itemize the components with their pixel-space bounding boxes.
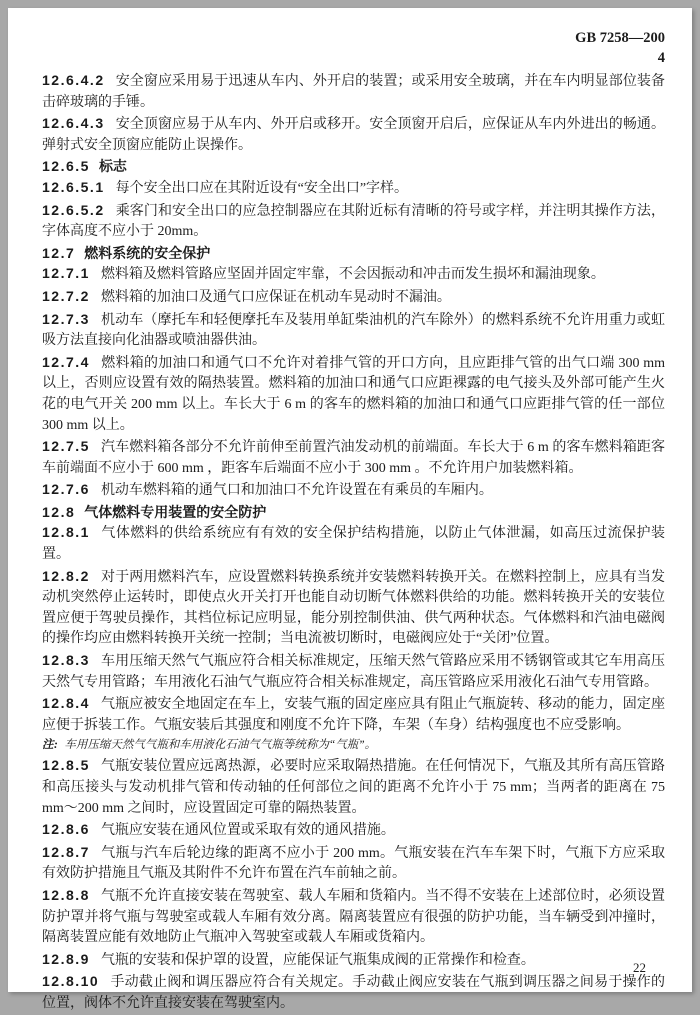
clause-number: 12.8.1 [42, 524, 101, 540]
clause-number: 12.8.4 [42, 695, 101, 711]
clause-text: 安全窗应采用易于迅速从车内、外开启的装置；或采用安全玻璃，并在车内明显部位装备击… [42, 74, 665, 110]
clause-text: 安全顶窗应易于从车内、外开启或移开。安全顶窗开启后，应保证从车内外进出的畅通。弹… [42, 117, 665, 153]
heading-12-8: 12.8气体燃料专用装置的安全防护 [42, 502, 665, 523]
clause-text: 气瓶与汽车后轮边缘的距离不应小于 200 mm。气瓶安装在汽车车架下时，气瓶下方… [42, 846, 665, 882]
clause-12-7-1: 12.7.1燃料箱及燃料管路应坚固并固定牢靠，不会因振动和冲击而发生损坏和漏油现… [42, 263, 665, 286]
clause-12-6-4-3: 12.6.4.3安全顶窗应易于从车内、外开启或移开。安全顶窗开启后，应保证从车内… [42, 113, 665, 156]
clause-number: 12.6.4.3 [42, 115, 116, 131]
clause-12-8-2: 12.8.2对于两用燃料汽车，应设置燃料转换系统并安装燃料转换开关。在燃料控制上… [42, 566, 665, 650]
clause-12-8-10: 12.8.10手动截止阀和调压器应符合有关规定。手动截止阀应安装在气瓶到调压器之… [42, 971, 665, 1000]
clause-12-8-4: 12.8.4气瓶应被安全地固定在车上，安装气瓶的固定座应具有阻止气瓶旋转、移动的… [42, 693, 665, 736]
clause-text: 每个安全出口应在其附近设有“安全出口”字样。 [116, 181, 408, 196]
clause-12-6-5-1: 12.6.5.1每个安全出口应在其附近设有“安全出口”字样。 [42, 177, 665, 200]
standard-code-line1: GB 7258—200 [42, 28, 665, 48]
clause-number: 12.8.8 [42, 887, 101, 903]
clause-12-8-7: 12.8.7气瓶与汽车后轮边缘的距离不应小于 200 mm。气瓶安装在汽车车架下… [42, 842, 665, 885]
clause-text: 气体燃料专用装置的安全防护 [84, 504, 266, 520]
clause-12-8-9: 12.8.9气瓶的安装和保护罩的设置，应能保证气瓶集成阀的正常操作和检查。 [42, 949, 665, 972]
note-label: 注: [42, 739, 64, 751]
clause-text: 燃料箱及燃料管路应坚固并固定牢靠，不会因振动和冲击而发生损坏和漏油现象。 [101, 267, 605, 282]
clause-number: 12.8.6 [42, 821, 101, 837]
clause-number: 12.8.5 [42, 757, 101, 773]
page-number: 22 [633, 960, 646, 976]
clause-text: 机动车燃料箱的通气口和加油口不允许设置在有乘员的车厢内。 [101, 483, 493, 498]
clause-text: 气瓶应被安全地固定在车上，安装气瓶的固定座应具有阻止气瓶旋转、移动的能力，固定座… [42, 697, 665, 733]
clause-number: 12.8.10 [42, 973, 110, 989]
clause-number: 12.6.5.1 [42, 179, 116, 195]
standard-code-header: GB 7258—200 4 [42, 28, 665, 68]
clause-number: 12.8.7 [42, 844, 101, 860]
clause-text: 气瓶的安装和保护罩的设置，应能保证气瓶集成阀的正常操作和检查。 [101, 953, 535, 968]
clause-text: 乘客门和安全出口的应急控制器应在其附近标有清晰的符号或字样，并注明其操作方法，字… [42, 204, 665, 240]
document-page: GB 7258—200 4 12.6.4.2安全窗应采用易于迅速从车内、外开启的… [8, 8, 692, 992]
clause-text: 手动截止阀和调压器应符合有关规定。手动截止阀应安装在气瓶到调压器之间易于操作的位… [42, 975, 665, 1000]
clause-12-6-4-2: 12.6.4.2安全窗应采用易于迅速从车内、外开启的装置；或采用安全玻璃，并在车… [42, 70, 665, 113]
clause-text: 气体燃料的供给系统应有有效的安全保护结构措施，以防止气体泄漏，如高压过流保护装置… [42, 526, 665, 562]
clause-number: 12.7.2 [42, 288, 101, 304]
clause-12-8-6: 12.8.6气瓶应安装在通风位置或采取有效的通风措施。 [42, 819, 665, 842]
clause-text: 汽车燃料箱各部分不允许前伸至前置汽油发动机的前端面。车长大于 6 m 的客车燃料… [42, 440, 665, 476]
clause-number: 12.8 [42, 504, 84, 520]
clause-number: 12.7 [42, 245, 84, 261]
clause-12-7-6: 12.7.6机动车燃料箱的通气口和加油口不允许设置在有乘员的车厢内。 [42, 479, 665, 502]
clause-number: 12.8.9 [42, 951, 101, 967]
clause-text: 燃料箱的加油口及通气口应保证在机动车晃动时不漏油。 [101, 290, 451, 305]
clause-12-7-2: 12.7.2燃料箱的加油口及通气口应保证在机动车晃动时不漏油。 [42, 286, 665, 309]
standard-code-line2: 4 [42, 48, 665, 68]
note-gas-cylinder: 注:车用压缩天然气气瓶和车用液化石油气气瓶等统称为“气瓶”。 [42, 736, 665, 755]
clause-text: 气瓶应安装在通风位置或采取有效的通风措施。 [101, 823, 395, 838]
clause-number: 12.7.3 [42, 311, 101, 327]
clause-12-7-5: 12.7.5汽车燃料箱各部分不允许前伸至前置汽油发动机的前端面。车长大于 6 m… [42, 436, 665, 479]
clause-number: 12.6.4.2 [42, 72, 116, 88]
clause-12-6-5-2: 12.6.5.2乘客门和安全出口的应急控制器应在其附近标有清晰的符号或字样，并注… [42, 200, 665, 243]
clause-12-7-4: 12.7.4燃料箱的加油口和通气口不允许对着排气管的开口方向，且应距排气管的出气… [42, 352, 665, 436]
clause-text: 对于两用燃料汽车，应设置燃料转换系统并安装燃料转换开关。在燃料控制上，应具有当发… [42, 570, 665, 647]
clause-number: 12.7.4 [42, 354, 101, 370]
clause-text: 标志 [99, 158, 127, 174]
clause-number: 12.7.6 [42, 481, 101, 497]
clause-number: 12.8.3 [42, 652, 101, 668]
clause-12-7-3: 12.7.3机动车（摩托车和轻便摩托车及装用单缸柴油机的汽车除外）的燃料系统不允… [42, 309, 665, 352]
clause-number: 12.7.5 [42, 438, 101, 454]
clause-text: 车用压缩天然气气瓶应符合相关标准规定，压缩天然气管路应采用不锈钢管或其它车用高压… [42, 654, 665, 690]
clause-text: 机动车（摩托车和轻便摩托车及装用单缸柴油机的汽车除外）的燃料系统不允许用重力或虹… [42, 313, 665, 349]
note-text: 车用压缩天然气气瓶和车用液化石油气气瓶等统称为“气瓶”。 [64, 739, 376, 751]
clause-number: 12.8.2 [42, 568, 101, 584]
heading-12-7: 12.7燃料系统的安全保护 [42, 243, 665, 264]
clause-text: 气瓶不允许直接安装在驾驶室、载人车厢和货箱内。当不得不安装在上述部位时，必须设置… [42, 889, 665, 945]
clause-text: 燃料箱的加油口和通气口不允许对着排气管的开口方向，且应距排气管的出气口端 300… [42, 356, 665, 433]
clause-12-8-3: 12.8.3车用压缩天然气气瓶应符合相关标准规定，压缩天然气管路应采用不锈钢管或… [42, 650, 665, 693]
clause-12-8-1: 12.8.1气体燃料的供给系统应有有效的安全保护结构措施，以防止气体泄漏，如高压… [42, 522, 665, 565]
clause-text: 燃料系统的安全保护 [84, 245, 210, 261]
heading-12-6-5: 12.6.5标志 [42, 156, 665, 177]
clause-12-8-5: 12.8.5气瓶安装位置应远离热源，必要时应采取隔热措施。在任何情况下，气瓶及其… [42, 755, 665, 819]
clause-number: 12.6.5 [42, 158, 99, 174]
clause-12-8-8: 12.8.8气瓶不允许直接安装在驾驶室、载人车厢和货箱内。当不得不安装在上述部位… [42, 885, 665, 949]
clause-number: 12.7.1 [42, 265, 101, 281]
clause-number: 12.6.5.2 [42, 202, 116, 218]
document-body: 12.6.4.2安全窗应采用易于迅速从车内、外开启的装置；或采用安全玻璃，并在车… [42, 70, 665, 1000]
clause-text: 气瓶安装位置应远离热源，必要时应采取隔热措施。在任何情况下，气瓶及其所有高压管路… [42, 759, 665, 815]
